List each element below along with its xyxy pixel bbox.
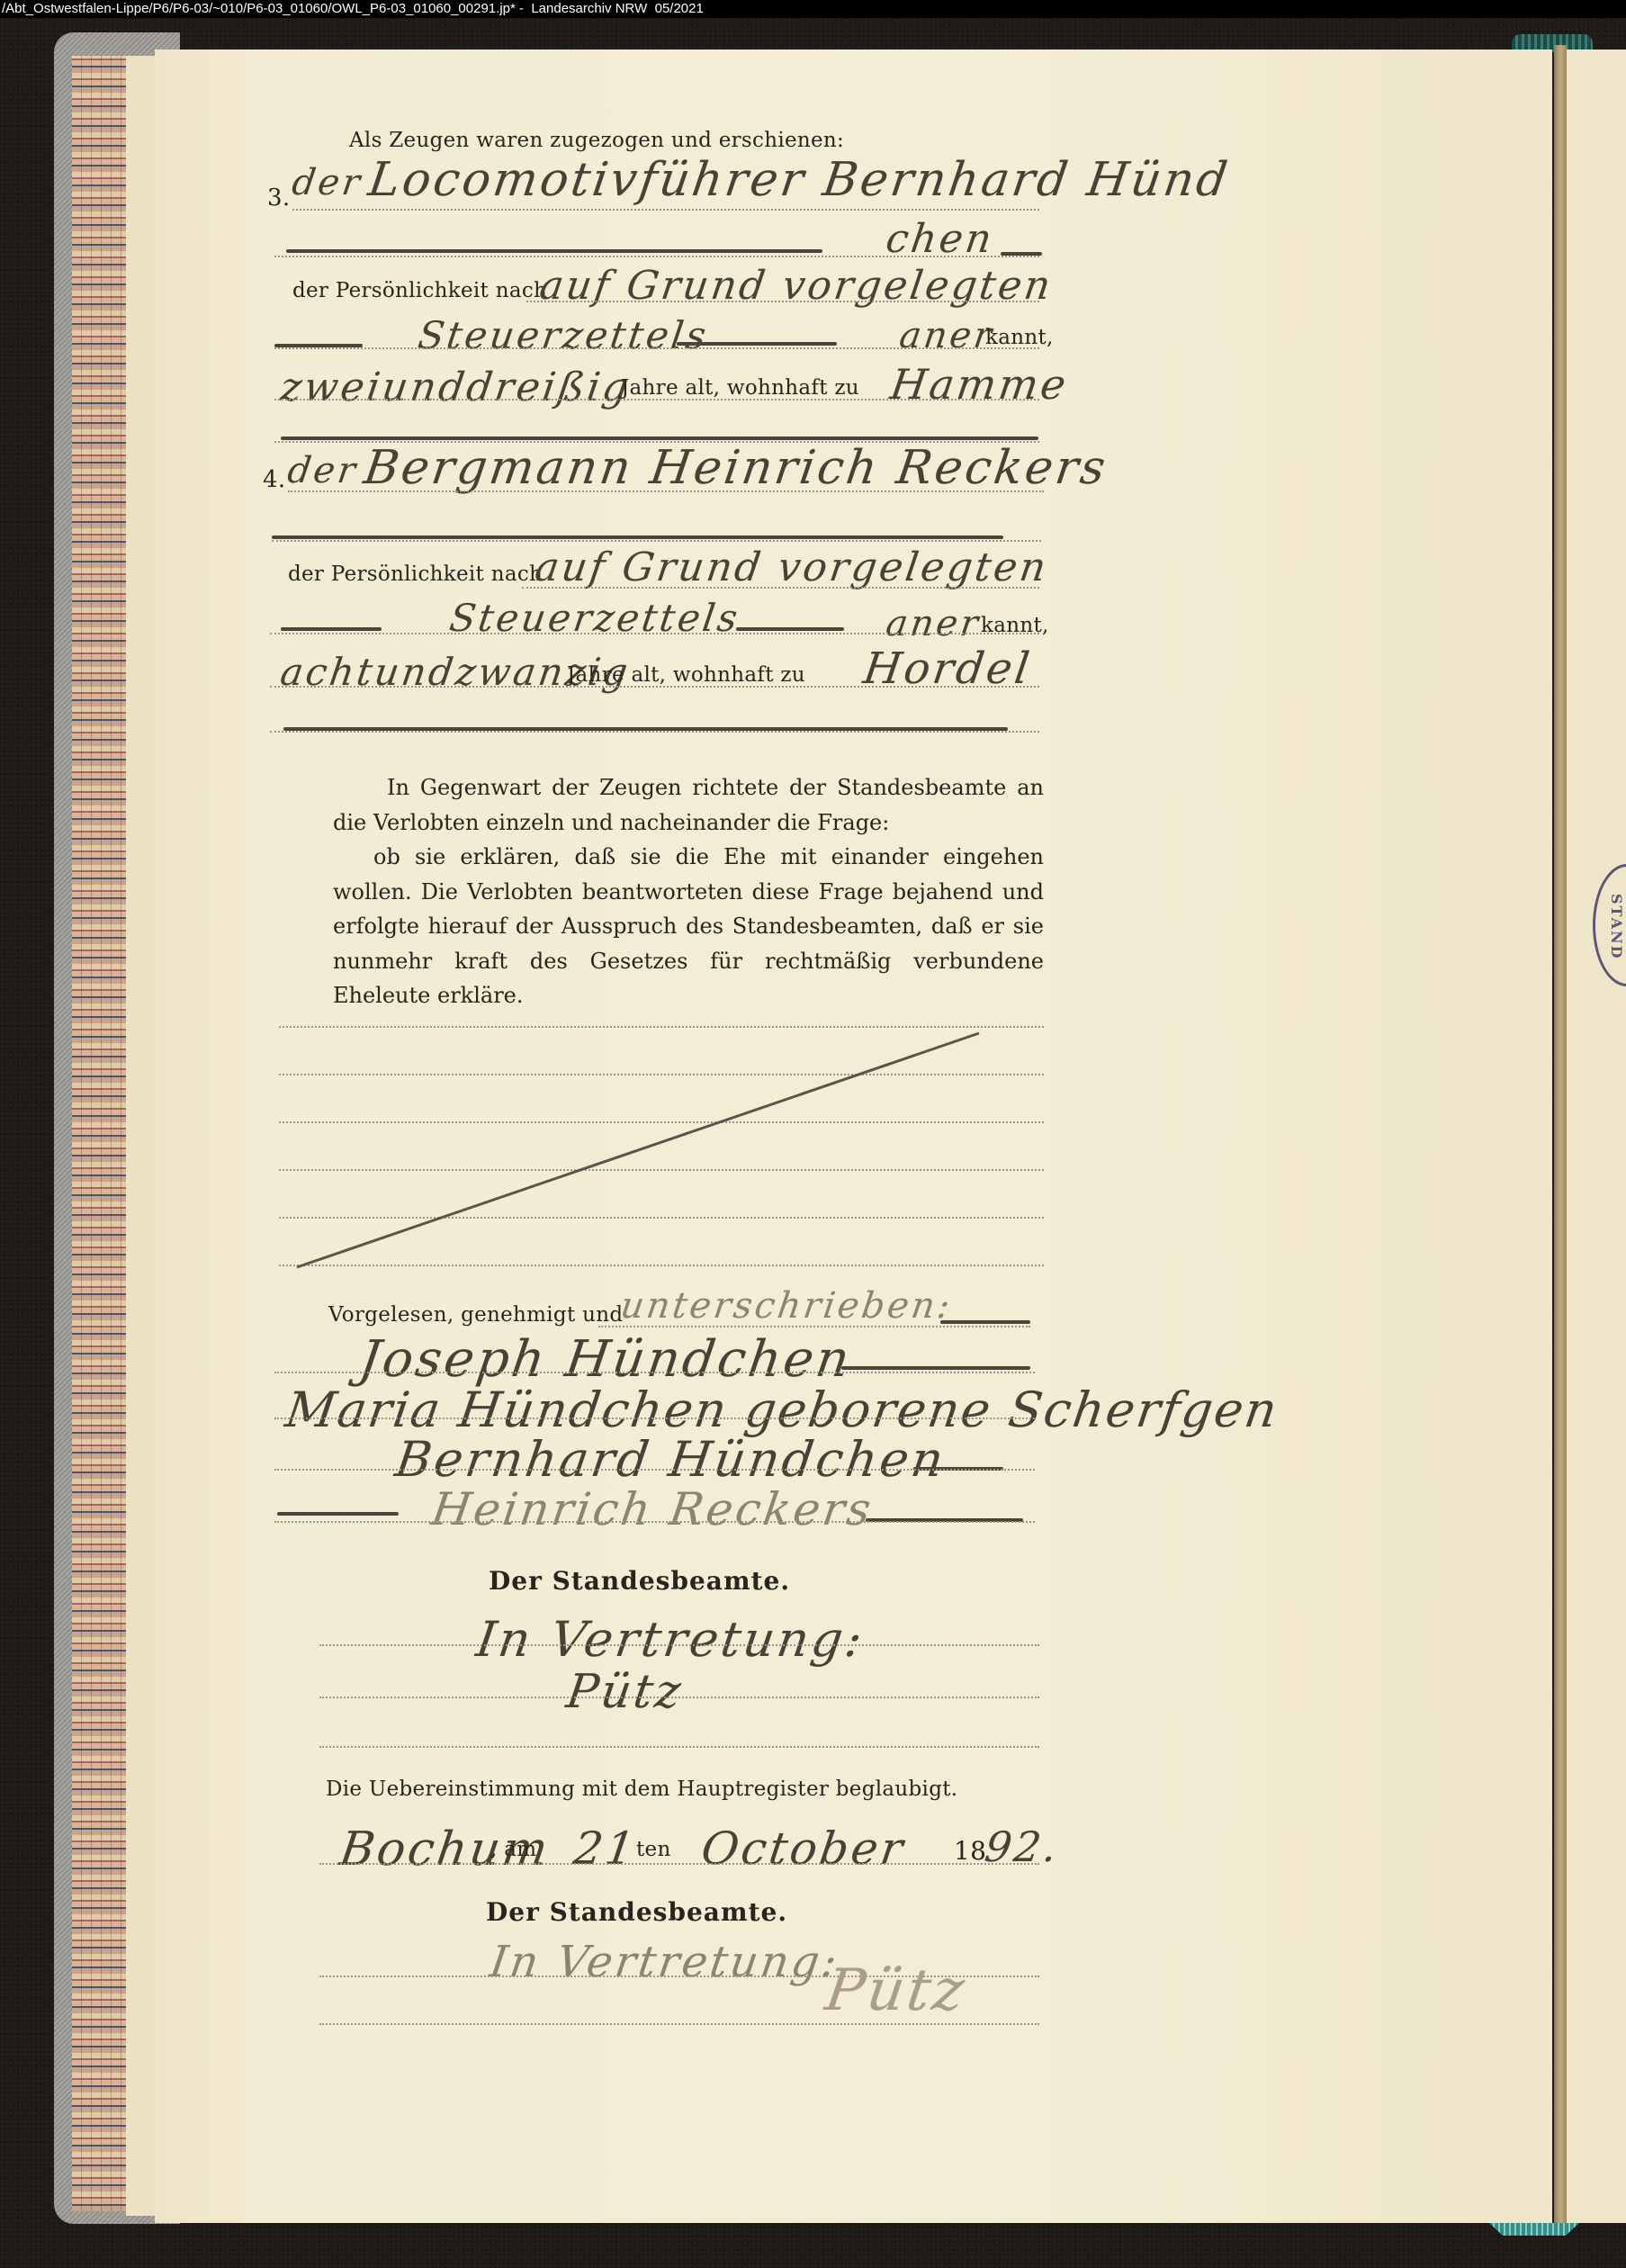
- dotted-line: [274, 1469, 1035, 1471]
- fill-rule: [677, 342, 837, 346]
- certification-am: , am: [490, 1838, 536, 1861]
- witness3-name: Locomotivführer Bernhard Hünd: [365, 153, 1234, 207]
- certification-month: October: [698, 1822, 909, 1875]
- book-gutter: [1554, 45, 1567, 2232]
- certification-text: Die Uebereinstimmung mit dem Hauptregist…: [326, 1777, 957, 1801]
- signature-1: Joseph Hündchen: [355, 1330, 855, 1389]
- registrar2-title: Der Standesbeamte.: [486, 1897, 787, 1927]
- witness4-identity-suffix-hand: aner: [884, 603, 984, 644]
- dotted-line: [279, 1169, 1044, 1171]
- read-approved-label: Vorgelesen, genehmigt und: [328, 1303, 623, 1327]
- witness4-identity-label: der Persönlichkeit nach: [288, 562, 543, 586]
- book-inner-edge: [126, 56, 158, 2216]
- dotted-line: [292, 209, 1039, 211]
- facing-page: [1567, 49, 1626, 2223]
- witness4-number: 4.: [263, 466, 285, 493]
- dotted-line: [319, 1696, 1039, 1698]
- witness3-residence: Hamme: [887, 360, 1072, 409]
- dotted-line: [274, 347, 1039, 349]
- signature-4: Heinrich Reckers: [428, 1483, 876, 1535]
- ceremony-text-1: In Gegenwart der Zeugen richtete der Sta…: [333, 770, 1044, 840]
- witness3-number: 3.: [267, 184, 290, 211]
- dotted-line: [272, 540, 1041, 542]
- dotted-line: [274, 1521, 1035, 1523]
- dotted-line: [274, 1372, 1035, 1373]
- dotted-line: [522, 587, 1039, 589]
- dotted-line: [279, 1074, 1044, 1075]
- dotted-line: [319, 1746, 1039, 1748]
- ceremony-text-2: ob sie erklären, daß sie die Ehe mit ein…: [333, 840, 1044, 1013]
- stamp-text: STAND: [1608, 894, 1625, 960]
- signature-2: Maria Hündchen geborene Scherfgen: [283, 1381, 1282, 1438]
- registrar-sign-name: Pütz: [563, 1665, 687, 1719]
- fill-rule: [272, 535, 1003, 539]
- witness3-identity-label: der Persönlichkeit nach: [292, 279, 547, 302]
- dotted-line: [270, 731, 1039, 733]
- registrar-sign-line1: In Vertretung:: [473, 1611, 868, 1668]
- witness4-prefix: der: [285, 450, 361, 491]
- ceremony-paragraph: In Gegenwart der Zeugen richtete der Sta…: [333, 770, 1044, 1013]
- certification-ten: ten: [636, 1838, 671, 1861]
- fill-rule: [286, 249, 822, 253]
- dotted-line: [270, 686, 1039, 688]
- read-approved-hand: unterschrieben:: [618, 1285, 956, 1327]
- witness3-age: zweiunddreißig: [277, 364, 633, 410]
- dotted-line: [279, 1026, 1044, 1028]
- book-headband-bottom: [1489, 2223, 1579, 2236]
- registrar-title: Der Standesbeamte.: [489, 1566, 790, 1596]
- fill-rule: [940, 1320, 1030, 1324]
- witness3-identity-suffix: kannt,: [985, 326, 1054, 349]
- dotted-line: [274, 399, 1039, 400]
- dotted-line: [598, 1326, 1030, 1327]
- dotted-line: [319, 1644, 1039, 1646]
- dotted-line: [319, 1863, 1039, 1865]
- certification-year-prefix: 18: [954, 1836, 986, 1866]
- dotted-line: [274, 256, 1039, 257]
- registrar2-sign-line1: In Vertretung:: [487, 1937, 842, 1987]
- witness3-identity-doc: Steuerzettels: [416, 313, 712, 357]
- dotted-line: [279, 1217, 1044, 1219]
- fill-rule: [277, 1512, 399, 1516]
- signature-3: Bernhard Hündchen: [392, 1431, 950, 1488]
- witness4-identity-basis: auf Grund vorgelegten: [532, 544, 1051, 590]
- dotted-line: [319, 2023, 1039, 2025]
- witness3-prefix: der: [290, 162, 365, 203]
- dotted-line: [288, 490, 1044, 492]
- witnesses-heading: Als Zeugen waren zugezogen und erschiene…: [349, 129, 844, 152]
- dotted-line: [274, 1417, 1035, 1419]
- witness3-age-label: Jahre alt, wohnhaft zu: [621, 376, 859, 400]
- witness4-age-label: Jahre alt, wohnhaft zu: [567, 663, 805, 687]
- dotted-line: [279, 1264, 1044, 1266]
- fill-rule: [281, 436, 1038, 440]
- fill-rule: [281, 627, 382, 631]
- registrar2-sign-name: Pütz: [822, 1957, 971, 2024]
- fill-rule: [736, 627, 844, 631]
- fill-rule: [841, 1366, 1030, 1370]
- certification-day: 21: [570, 1822, 641, 1875]
- dotted-line: [279, 1121, 1044, 1123]
- witness4-name: Bergmann Heinrich Reckers: [361, 441, 1111, 495]
- witness3-identity-suffix-hand: aner: [897, 315, 997, 356]
- dotted-line: [526, 301, 1039, 302]
- window-title-bar: /Abt_Ostwestfalen-Lippe/P6/P6-03/~010/P6…: [0, 0, 1626, 18]
- dotted-line: [270, 633, 1039, 634]
